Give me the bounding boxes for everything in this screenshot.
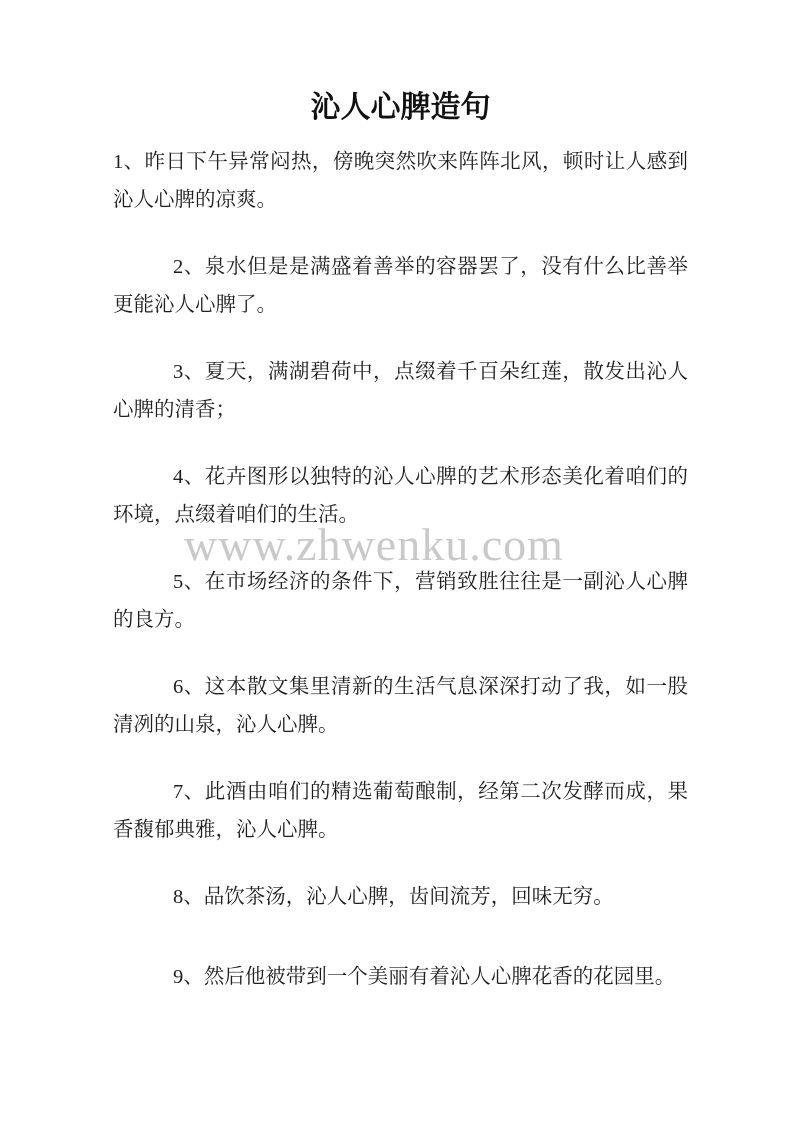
sentence-paragraph: 9、然后他被带到一个美丽有着沁人心脾花香的花园里。 [113,958,688,996]
sentence-paragraph: 8、品饮茶汤，沁人心脾，齿间流芳，回味无穷。 [113,878,688,916]
sentence-paragraph: 5、在市场经济的条件下，营销致胜往往是一副沁人心脾的良方。 [113,563,688,639]
sentence-list: 1、昨日下午异常闷热，傍晚突然吹来阵阵北风，顿时让人感到沁人心脾的凉爽。2、泉水… [113,143,688,996]
document-content: 沁人心脾造句 1、昨日下午异常闷热，傍晚突然吹来阵阵北风，顿时让人感到沁人心脾的… [113,90,688,996]
sentence-paragraph: 2、泉水但是是满盛着善举的容器罢了，没有什么比善举更能沁人心脾了。 [113,248,688,324]
sentence-paragraph: 7、此酒由咱们的精选葡萄酿制，经第二次发酵而成，果香馥郁典雅，沁人心脾。 [113,773,688,849]
sentence-paragraph: 1、昨日下午异常闷热，傍晚突然吹来阵阵北风，顿时让人感到沁人心脾的凉爽。 [113,143,688,219]
page-title: 沁人心脾造句 [113,90,688,126]
document-page: www.zhwenku.com 沁人心脾造句 1、昨日下午异常闷热，傍晚突然吹来… [0,0,800,1132]
sentence-paragraph: 3、夏天，满湖碧荷中，点缀着千百朵红莲，散发出沁人心脾的清香； [113,353,688,429]
sentence-paragraph: 6、这本散文集里清新的生活气息深深打动了我，如一股清冽的山泉，沁人心脾。 [113,668,688,744]
sentence-paragraph: 4、花卉图形以独特的沁人心脾的艺术形态美化着咱们的环境，点缀着咱们的生活。 [113,458,688,534]
